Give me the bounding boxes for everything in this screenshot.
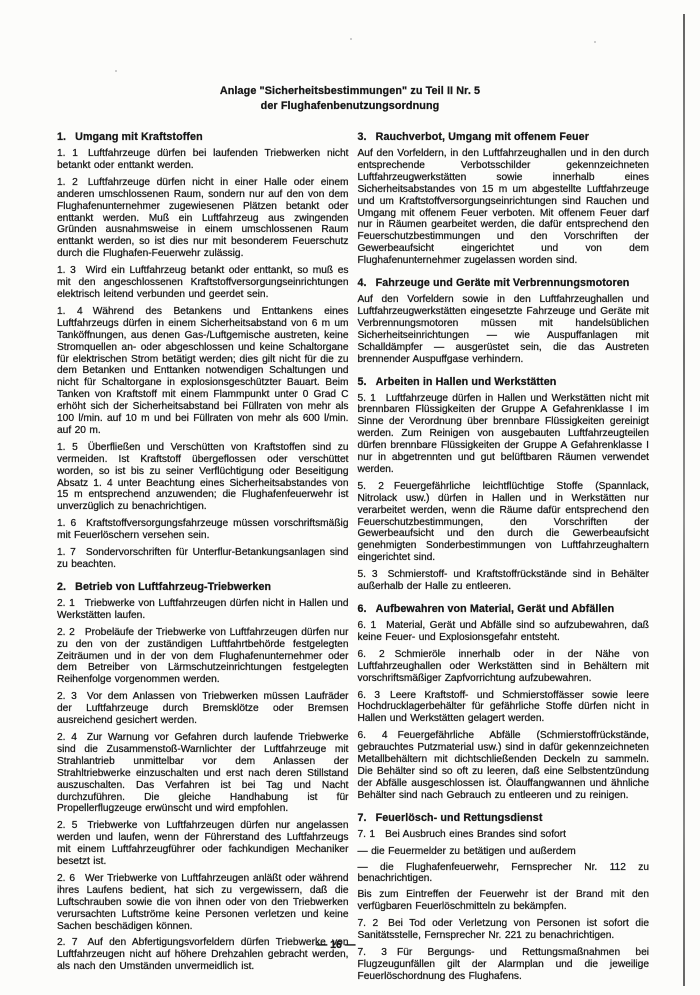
paragraph-text: Auf den Vorfeldern, in den Luftfahrzeugh… <box>358 148 650 266</box>
paragraph-text: — die Feuermelder zu betätigen und außer… <box>358 846 576 857</box>
paragraph-text: Luftfahrzeuge dürfen nicht in einer Hall… <box>57 177 349 259</box>
paragraph-number: 7. 2 <box>358 918 379 929</box>
section-heading-5: 5.Arbeiten in Hallen und Werkstätten <box>358 376 650 388</box>
paragraph-2-4: 2. 4Zur Warnung vor Gefahren durch laufe… <box>57 732 349 815</box>
paragraph-7-3: 7. 3Für Bergungs- und Rettungsmaßnahmen … <box>358 947 650 983</box>
paragraph-number: 1. 7 <box>57 547 76 558</box>
paragraph-number: 5. 2 <box>358 481 384 492</box>
paragraph-text: Leere Kraftstoff- und Schmierstoffässer … <box>358 690 650 725</box>
section-number: 4. <box>358 277 367 289</box>
page-title: Anlage "Sicherheitsbestimmungen" zu Teil… <box>0 84 700 114</box>
paragraph-number: 2. 3 <box>57 691 77 702</box>
paragraph-text: Material, Gerät und Abfälle sind so aufz… <box>358 620 650 643</box>
section-heading-4: 4.Fahrzeuge und Geräte mit Verbrennungsm… <box>358 277 650 289</box>
paragraph-number: 5. 3 <box>358 569 378 580</box>
paragraph-number: 2. 1 <box>57 598 75 609</box>
section-heading-6: 6.Aufbewahren von Material, Gerät und Ab… <box>358 603 650 615</box>
paragraph-1-1: 1. 1Luftfahrzeuge dürfen bei laufenden T… <box>57 148 349 172</box>
paragraph-7-1-dash-item-2: — die Flughafenfeuerwehr, Fernsprecher N… <box>358 862 650 886</box>
paragraph-number: 6. 4 <box>358 730 388 741</box>
paragraph-text: Während des Betankens und Enttankens ein… <box>57 306 349 436</box>
paragraph-number: 2. 2 <box>57 627 75 638</box>
paragraph-1-2: 1. 2Luftfahrzeuge dürfen nicht in einer … <box>57 177 349 260</box>
section-heading-1: 1.Umgang mit Kraftstoffen <box>57 131 349 143</box>
two-column-layout: 1.Umgang mit Kraftstoffen 1. 1Luftfahrze… <box>0 131 700 988</box>
paragraph-2-5: 2. 5Triebwerke von Luftfahrzeugen dürfen… <box>57 820 349 868</box>
paragraph-4-body: Auf den Vorfeldern sowie in den Luftfahr… <box>358 294 650 365</box>
section-title: Fahrzeuge und Geräte mit Verbrennungsmot… <box>376 277 630 289</box>
paragraph-text: Wer Triebwerke von Luftfahrzeugen anläßt… <box>57 873 349 932</box>
paragraph-2-6: 2. 6Wer Triebwerke von Luftfahrzeugen an… <box>57 873 349 933</box>
paragraph-number: 1. 1 <box>57 148 78 159</box>
paragraph-text: Schmierstoff- und Kraftstoffrückstände s… <box>358 569 650 592</box>
paragraph-1-6: 1. 6Kraftstoffversorgungsfahrzeuge müsse… <box>57 518 349 542</box>
section-number: 1. <box>57 131 66 143</box>
paragraph-1-4: 1. 4Während des Betankens und Enttankens… <box>57 306 349 437</box>
paragraph-number: 1. 3 <box>57 265 76 276</box>
section-number: 6. <box>358 603 367 615</box>
paragraph-number: 2. 5 <box>57 820 77 831</box>
paragraph-text: Kraftstoffversorgungsfahrzeuge müssen vo… <box>57 518 349 541</box>
paragraph-number: 5. 1 <box>358 393 376 404</box>
section-title: Umgang mit Kraftstoffen <box>75 131 203 143</box>
paragraph-7-1-continuation: Bis zum Eintreffen der Feuerwehr ist der… <box>358 889 650 913</box>
paragraph-3-body: Auf den Vorfeldern, in den Luftfahrzeugh… <box>358 148 650 267</box>
section-heading-3: 3.Rauchverbot, Umgang mit offenem Feuer <box>358 131 650 143</box>
paragraph-text: Triebwerke von Luftfahrzeugen dürfen nur… <box>57 820 349 867</box>
scan-speck <box>115 70 117 72</box>
section-title: Feuerlösch- und Rettungsdienst <box>376 812 543 824</box>
page-title-line2: der Flughafenbenutzungsordnung <box>0 99 700 114</box>
paragraph-text: Feuergefährliche leichtflüchtige Stoffe … <box>358 481 650 563</box>
scan-line-artifact <box>683 14 685 986</box>
paragraph-1-3: 1. 3Wird ein Luftfahrzeug betankt oder e… <box>57 265 349 301</box>
paragraph-7-1: 7. 1Bei Ausbruch eines Brandes sind sofo… <box>358 829 650 841</box>
paragraph-text: Zur Warnung vor Gefahren durch laufende … <box>57 732 349 814</box>
paragraph-number: 2. 4 <box>57 732 77 743</box>
page-title-line1: Anlage "Sicherheitsbestimmungen" zu Teil… <box>0 84 700 99</box>
paragraph-2-1: 2. 1Triebwerke von Luftfahrzeugen dürfen… <box>57 598 349 622</box>
left-column: 1.Umgang mit Kraftstoffen 1. 1Luftfahrze… <box>57 131 349 988</box>
paragraph-number: 6. 2 <box>358 649 385 660</box>
paragraph-text: Sondervorschriften für Unterflur-Betanku… <box>57 547 349 570</box>
paragraph-2-3: 2. 3Vor dem Anlassen von Triebwerken müs… <box>57 691 349 727</box>
section-number: 5. <box>358 376 367 388</box>
paragraph-text: Wird ein Luftfahrzeug betankt oder entta… <box>57 265 349 300</box>
paragraph-text: Bei Ausbruch eines Brandes sind sofort <box>385 829 566 840</box>
paragraph-2-2: 2. 2Probeläufe der Triebwerke von Luftfa… <box>57 627 349 687</box>
section-number: 3. <box>358 131 367 143</box>
page-number: — 16 — <box>0 939 686 951</box>
paragraph-number: 7. 1 <box>358 829 376 840</box>
section-number: 7. <box>358 812 367 824</box>
paragraph-text: Auf den Vorfeldern sowie in den Luftfahr… <box>358 294 650 365</box>
section-title: Rauchverbot, Umgang mit offenem Feuer <box>376 131 589 143</box>
right-column: 3.Rauchverbot, Umgang mit offenem Feuer … <box>358 131 650 988</box>
paragraph-6-3: 6. 3Leere Kraftstoff- und Schmierstoffäs… <box>358 690 650 726</box>
paragraph-text: Vor dem Anlassen von Triebwerken müssen … <box>57 691 349 726</box>
paragraph-number: 6. 1 <box>358 620 377 631</box>
paragraph-6-2: 6. 2Schmieröle innerhalb oder in der Näh… <box>358 649 650 685</box>
section-title: Arbeiten in Hallen und Werkstätten <box>376 376 557 388</box>
paragraph-5-2: 5. 2Feuergefährliche leichtflüchtige Sto… <box>358 481 650 564</box>
paragraph-7-1-dash-item-1: — die Feuermelder zu betätigen und außer… <box>358 846 650 858</box>
paragraph-1-7: 1. 7Sondervorschriften für Unterflur-Bet… <box>57 547 349 571</box>
paragraph-5-1: 5. 1Luftfahrzeuge dürfen in Hallen und W… <box>358 393 650 476</box>
paragraph-number: 1. 2 <box>57 177 78 188</box>
paragraph-text: Feuergefährliche Abfälle (Schmierstoffrü… <box>358 730 650 801</box>
paragraph-number: 1. 5 <box>57 442 78 453</box>
paragraph-text: Luftfahrzeuge dürfen bei laufenden Trieb… <box>57 148 349 171</box>
paragraph-number: 2. 6 <box>57 873 75 884</box>
paragraph-5-3: 5. 3Schmierstoff- und Kraftstoffrückstän… <box>358 569 650 593</box>
paragraph-text: Schmieröle innerhalb oder in der Nähe vo… <box>358 649 650 684</box>
paragraph-6-4: 6. 4Feuergefährliche Abfälle (Schmiersto… <box>358 730 650 801</box>
section-heading-2: 2.Betrieb von Luftfahrzeug-Triebwerken <box>57 581 349 593</box>
paragraph-text: — die Flughafenfeuerwehr, Fernsprecher N… <box>358 862 650 885</box>
paragraph-number: 6. 3 <box>358 690 381 701</box>
scan-speck <box>350 38 352 40</box>
paragraph-text: Bei Tod oder Verletzung von Personen ist… <box>358 918 650 941</box>
section-title: Aufbewahren von Material, Gerät und Abfä… <box>376 603 615 615</box>
document-page: { "page": { "title_line1": "Anlage \"Sic… <box>0 0 700 995</box>
section-number: 2. <box>57 581 66 593</box>
paragraph-number: 1. 4 <box>57 306 83 317</box>
paragraph-text: Probeläufe der Triebwerke von Luftfahrze… <box>57 627 349 686</box>
section-title: Betrieb von Luftfahrzeug-Triebwerken <box>75 581 271 593</box>
paragraph-number: 1. 6 <box>57 518 76 529</box>
paragraph-text: Bis zum Eintreffen der Feuerwehr ist der… <box>358 889 650 912</box>
paragraph-text: Überfließen und Verschütten von Kraftsto… <box>57 442 349 513</box>
paragraph-text: Für Bergungs- und Rettungsmaßnahmen bei … <box>358 947 650 982</box>
paragraph-1-5: 1. 5Überfließen und Verschütten von Kraf… <box>57 442 349 513</box>
paragraph-text: Luftfahrzeuge dürfen in Hallen und Werks… <box>358 393 650 475</box>
scan-speck <box>594 41 596 43</box>
paragraph-6-1: 6. 1Material, Gerät und Abfälle sind so … <box>358 620 650 644</box>
section-heading-7: 7.Feuerlösch- und Rettungsdienst <box>358 812 650 824</box>
paragraph-text: Triebwerke von Luftfahrzeugen dürfen nic… <box>57 598 349 621</box>
